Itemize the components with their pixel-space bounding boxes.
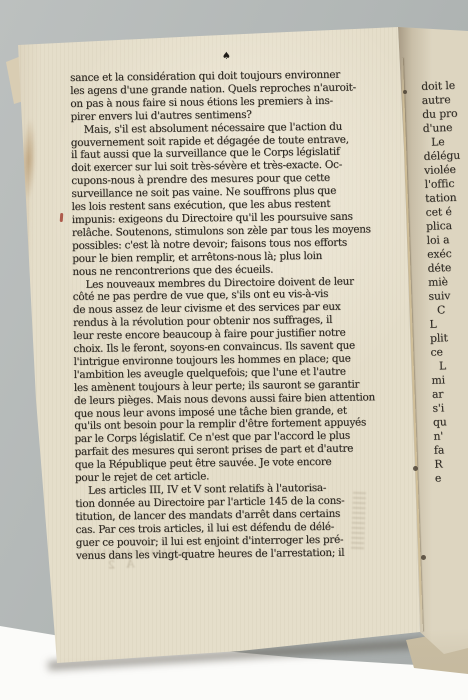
text-line: L [439, 358, 468, 374]
text-line: tation [425, 190, 468, 206]
text-line: L [429, 316, 468, 332]
text-line: déte [427, 260, 468, 276]
text-line: cet é [425, 204, 468, 220]
text-line: autre [421, 92, 468, 108]
text-line: e [435, 470, 468, 486]
book-page: ♠ sance et la considération qui doit tou… [0, 0, 468, 700]
text-line: ce [430, 344, 468, 360]
text-line: ar [432, 386, 468, 402]
margin-red-mark [60, 213, 63, 222]
text-line: fa [434, 442, 468, 458]
text-line: l'offic [424, 176, 468, 192]
text-line: Le [431, 134, 468, 150]
text-line: R [434, 456, 468, 472]
text-line: exéc [427, 246, 468, 262]
page-text: sance et la considération qui doit toujo… [70, 68, 398, 562]
text-line: qu [433, 414, 468, 430]
showthrough-ghost [351, 492, 366, 550]
facing-page-text: doit leautredu prod'uneLedéléguvioléel'o… [421, 78, 468, 486]
text-line: n' [433, 428, 468, 444]
signature-ghost: A 2 [104, 557, 135, 572]
section-ornament-icon: ♠ [222, 52, 231, 62]
text-line: délégu [423, 148, 468, 164]
stitch-hole [421, 555, 426, 560]
text-line: plit [430, 330, 468, 346]
stitch-hole [413, 466, 418, 471]
stitch-hole [403, 90, 407, 94]
text-line: suiv [428, 288, 468, 304]
text-line: violée [424, 162, 468, 178]
text-line: plica [426, 218, 468, 234]
text-line: C [437, 302, 468, 318]
text-line: loi a [426, 232, 468, 248]
text-line: mi [431, 372, 468, 388]
text-line: doit le [421, 78, 468, 94]
text-line: d'une [422, 120, 468, 136]
text-line: miè [428, 274, 468, 290]
book-photo: doit leautredu prod'uneLedéléguvioléel'o… [0, 0, 468, 700]
text-line: du pro [422, 106, 468, 122]
text-line: s'i [432, 400, 468, 416]
